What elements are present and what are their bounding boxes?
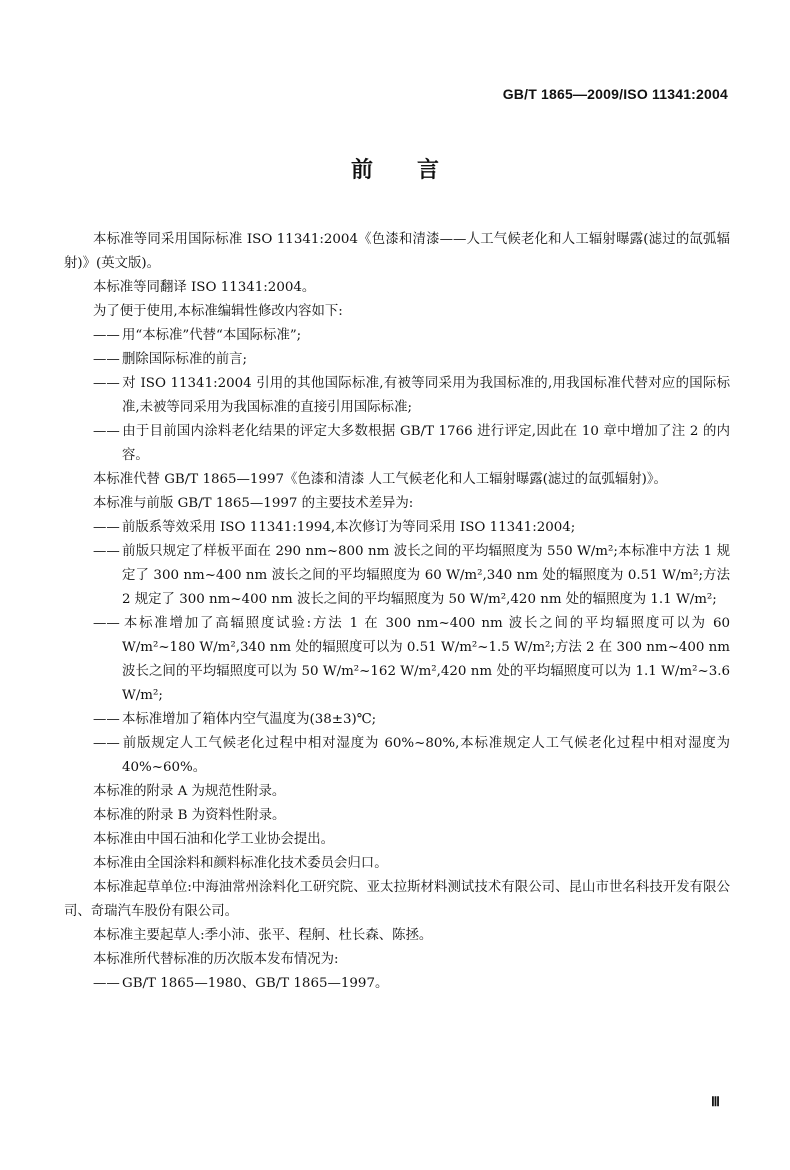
list-item: ——由于目前国内涂料老化结果的评定大多数根据 GB/T 1766 进行评定,因此… <box>64 420 730 468</box>
list-item: ——对 ISO 11341:2004 引用的其他国际标准,有被等同采用为我国标准… <box>64 372 730 420</box>
paragraph-proposed-by: 本标准由中国石油和化学工业协会提出。 <box>64 828 730 852</box>
paragraph-drafters: 本标准主要起草人:季小沛、张平、程舸、杜长森、陈拯。 <box>64 924 730 948</box>
dash-mark: —— <box>93 732 122 756</box>
paragraph-differences-intro: 本标准与前版 GB/T 1865—1997 的主要技术差异为: <box>64 492 730 516</box>
list-item: ——本标准增加了高辐照度试验:方法 1 在 300 nm~400 nm 波长之间… <box>64 612 730 708</box>
standard-code-header: GB/T 1865—2009/ISO 11341:2004 <box>503 86 728 102</box>
list-item: ——删除国际标准的前言; <box>64 348 730 372</box>
paragraph-adoption: 本标准等同采用国际标准 ISO 11341:2004《色漆和清漆——人工气候老化… <box>64 228 730 276</box>
list-item: ——前版系等效采用 ISO 11341:1994,本次修订为等同采用 ISO 1… <box>64 516 730 540</box>
paragraph-translation: 本标准等同翻译 ISO 11341:2004。 <box>64 276 730 300</box>
page-title: 前言 <box>0 153 790 184</box>
list-item: ——GB/T 1865—1980、GB/T 1865—1997。 <box>64 972 730 996</box>
dash-mark: —— <box>93 348 122 372</box>
paragraph-replaces: 本标准代替 GB/T 1865—1997《色漆和清漆 人工气候老化和人工辐射曝露… <box>64 468 730 492</box>
paragraph-history-intro: 本标准所代替标准的历次版本发布情况为: <box>64 948 730 972</box>
dash-mark: —— <box>93 372 122 396</box>
dash-mark: —— <box>93 708 122 732</box>
paragraph-technical-committee: 本标准由全国涂料和颜料标准化技术委员会归口。 <box>64 852 730 876</box>
list-item: ——用“本标准”代替“本国际标准”; <box>64 324 730 348</box>
list-item: ——前版只规定了样板平面在 290 nm~800 nm 波长之间的平均辐照度为 … <box>64 540 730 612</box>
dash-mark: —— <box>93 972 122 996</box>
list-item: ——前版规定人工气候老化过程中相对湿度为 60%~80%,本标准规定人工气候老化… <box>64 732 730 780</box>
page-number: Ⅲ <box>711 1094 720 1110</box>
dash-mark: —— <box>93 540 122 564</box>
paragraph-annex-b: 本标准的附录 B 为资料性附录。 <box>64 804 730 828</box>
paragraph-editorial-intro: 为了便于使用,本标准编辑性修改内容如下: <box>64 300 730 324</box>
dash-mark: —— <box>93 324 122 348</box>
paragraph-annex-a: 本标准的附录 A 为规范性附录。 <box>64 780 730 804</box>
document-body: 本标准等同采用国际标准 ISO 11341:2004《色漆和清漆——人工气候老化… <box>64 228 730 996</box>
dash-mark: —— <box>93 612 122 636</box>
paragraph-drafting-units: 本标准起草单位:中海油常州涂料化工研究院、亚太拉斯材料测试技术有限公司、昆山市世… <box>64 876 730 924</box>
list-item: ——本标准增加了箱体内空气温度为(38±3)℃; <box>64 708 730 732</box>
dash-mark: —— <box>93 420 122 444</box>
dash-mark: —— <box>93 516 122 540</box>
